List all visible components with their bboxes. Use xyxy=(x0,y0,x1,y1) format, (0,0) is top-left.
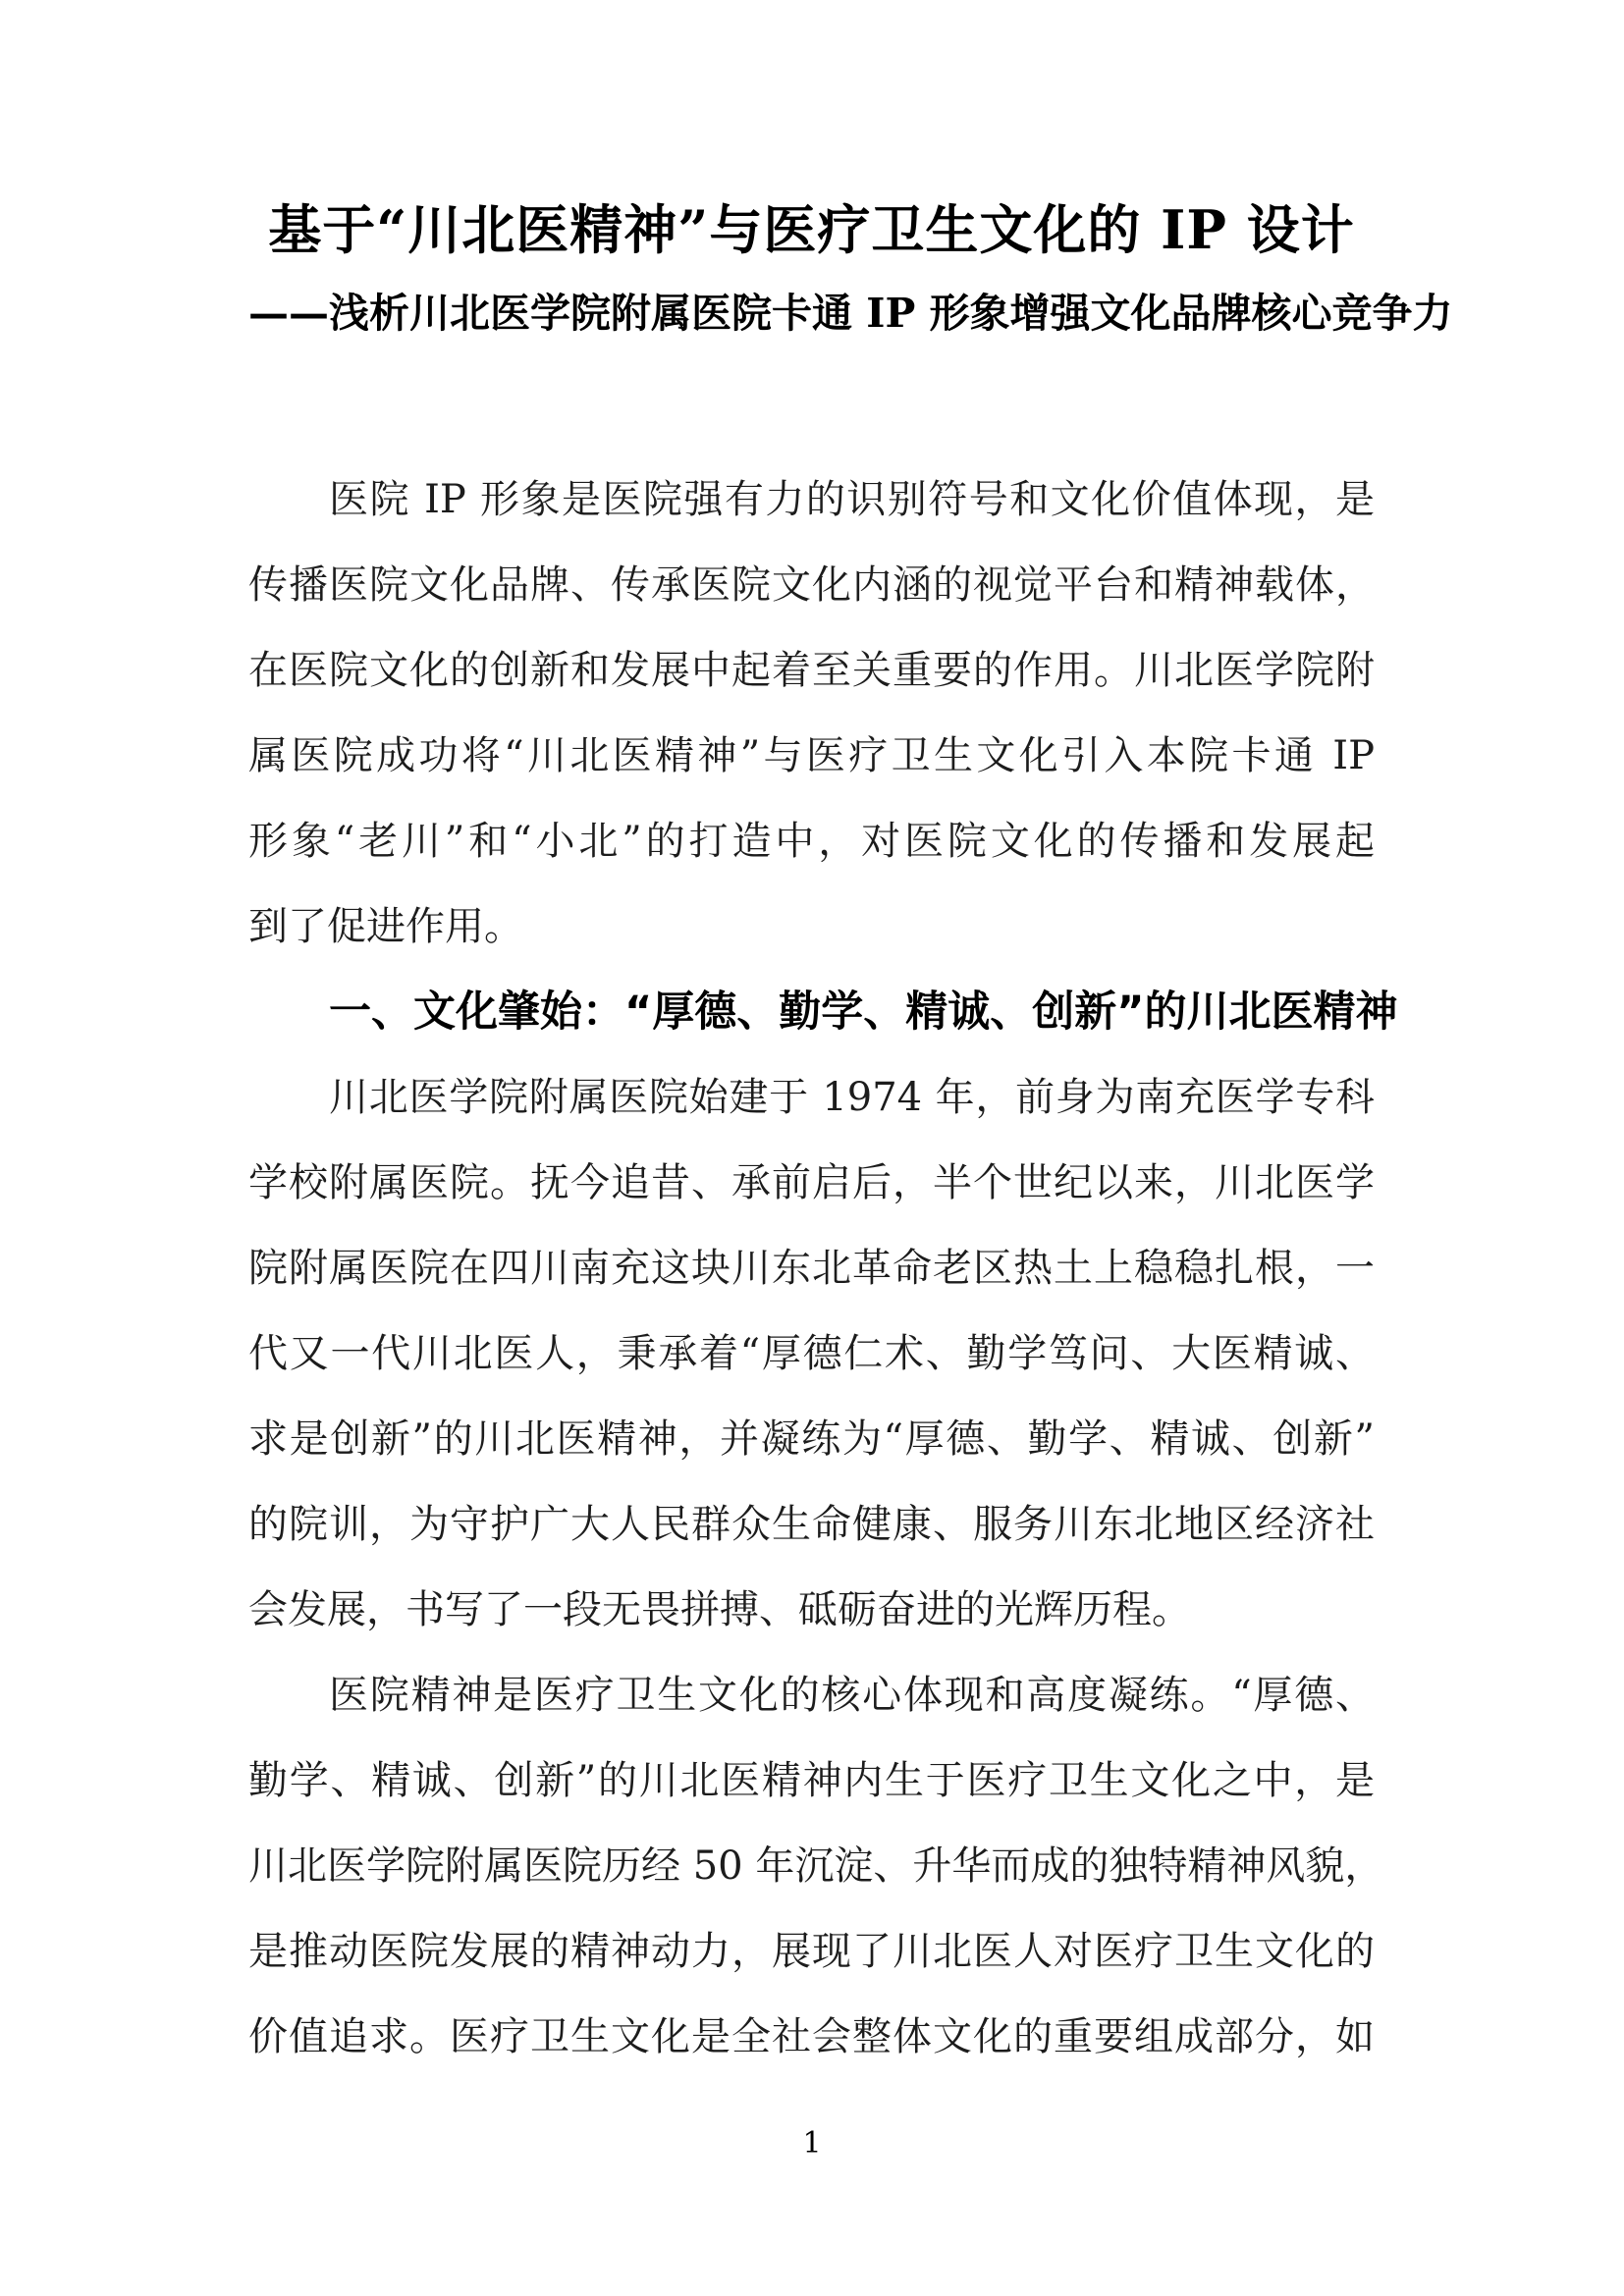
text-line: 院附属医院在四川南充这块川东北革命老区热土上稳稳扎根，一 xyxy=(248,1226,1375,1311)
text-line: 属医院成功将“川北医精神”与医疗卫生文化引入本院卡通 IP xyxy=(248,714,1375,799)
page-footer: 1 xyxy=(0,2126,1624,2162)
text-line: 求是创新”的川北医精神，并凝练为“厚德、勤学、精诚、创新” xyxy=(248,1397,1375,1482)
text-line: 的院训，为守护广大人民群众生命健康、服务川东北地区经济社 xyxy=(248,1482,1375,1568)
text-line: 医院 IP 形象是医院强有力的识别符号和文化价值体现，是 xyxy=(248,457,1375,543)
text-line: 代又一代川北医人，秉承着“厚德仁术、勤学笃问、大医精诚、 xyxy=(248,1311,1375,1397)
text-line: 川北医学院附属医院始建于 1974 年，前身为南充医学专科 xyxy=(248,1055,1375,1141)
text-line: 价值追求。医疗卫生文化是全社会整体文化的重要组成部分，如 xyxy=(248,1995,1375,2080)
section-1-paragraph-1: 川北医学院附属医院始建于 1974 年，前身为南充医学专科学校附属医院。抚今追昔… xyxy=(248,1055,1375,1653)
text-line: 会发展，书写了一段无畏拼搏、砥砺奋进的光辉历程。 xyxy=(248,1568,1375,1653)
text-line: 传播医院文化品牌、传承医院文化内涵的视觉平台和精神载体， xyxy=(248,543,1375,628)
text-line: 勤学、精诚、创新”的川北医精神内生于医疗卫生文化之中，是 xyxy=(248,1738,1375,1824)
intro-paragraph: 医院 IP 形象是医院强有力的识别符号和文化价值体现，是传播医院文化品牌、传承医… xyxy=(248,457,1375,970)
document-page: 基于“川北医精神”与医疗卫生文化的 IP 设计 ——浅析川北医学院附属医院卡通 … xyxy=(0,0,1624,2296)
document-body: 基于“川北医精神”与医疗卫生文化的 IP 设计 ——浅析川北医学院附属医院卡通 … xyxy=(248,192,1375,2080)
text-line: 在医院文化的创新和发展中起着至关重要的作用。川北医学院附 xyxy=(248,628,1375,714)
text-line: 是推动医院发展的精神动力，展现了川北医人对医疗卫生文化的 xyxy=(248,1909,1375,1995)
page-number: 1 xyxy=(802,2126,821,2161)
text-line: 形象“老川”和“小北”的打造中，对医院文化的传播和发展起 xyxy=(248,799,1375,884)
section-1-heading: 一、文化肇始：“厚德、勤学、精诚、创新”的川北医精神 xyxy=(248,970,1375,1055)
document-title: 基于“川北医精神”与医疗卫生文化的 IP 设计 xyxy=(248,192,1375,267)
document-subtitle: ——浅析川北医学院附属医院卡通 IP 形象增强文化品牌核心竞争力 xyxy=(248,283,1375,344)
text-line: 学校附属医院。抚今追昔、承前启后，半个世纪以来，川北医学 xyxy=(248,1141,1375,1226)
section-1-paragraph-2: 医院精神是医疗卫生文化的核心体现和高度凝练。“厚德、勤学、精诚、创新”的川北医精… xyxy=(248,1653,1375,2080)
text-line: 到了促进作用。 xyxy=(248,884,1375,970)
text-line: 川北医学院附属医院历经 50 年沉淀、升华而成的独特精神风貌， xyxy=(248,1824,1375,1909)
text-line: 医院精神是医疗卫生文化的核心体现和高度凝练。“厚德、 xyxy=(248,1653,1375,1738)
